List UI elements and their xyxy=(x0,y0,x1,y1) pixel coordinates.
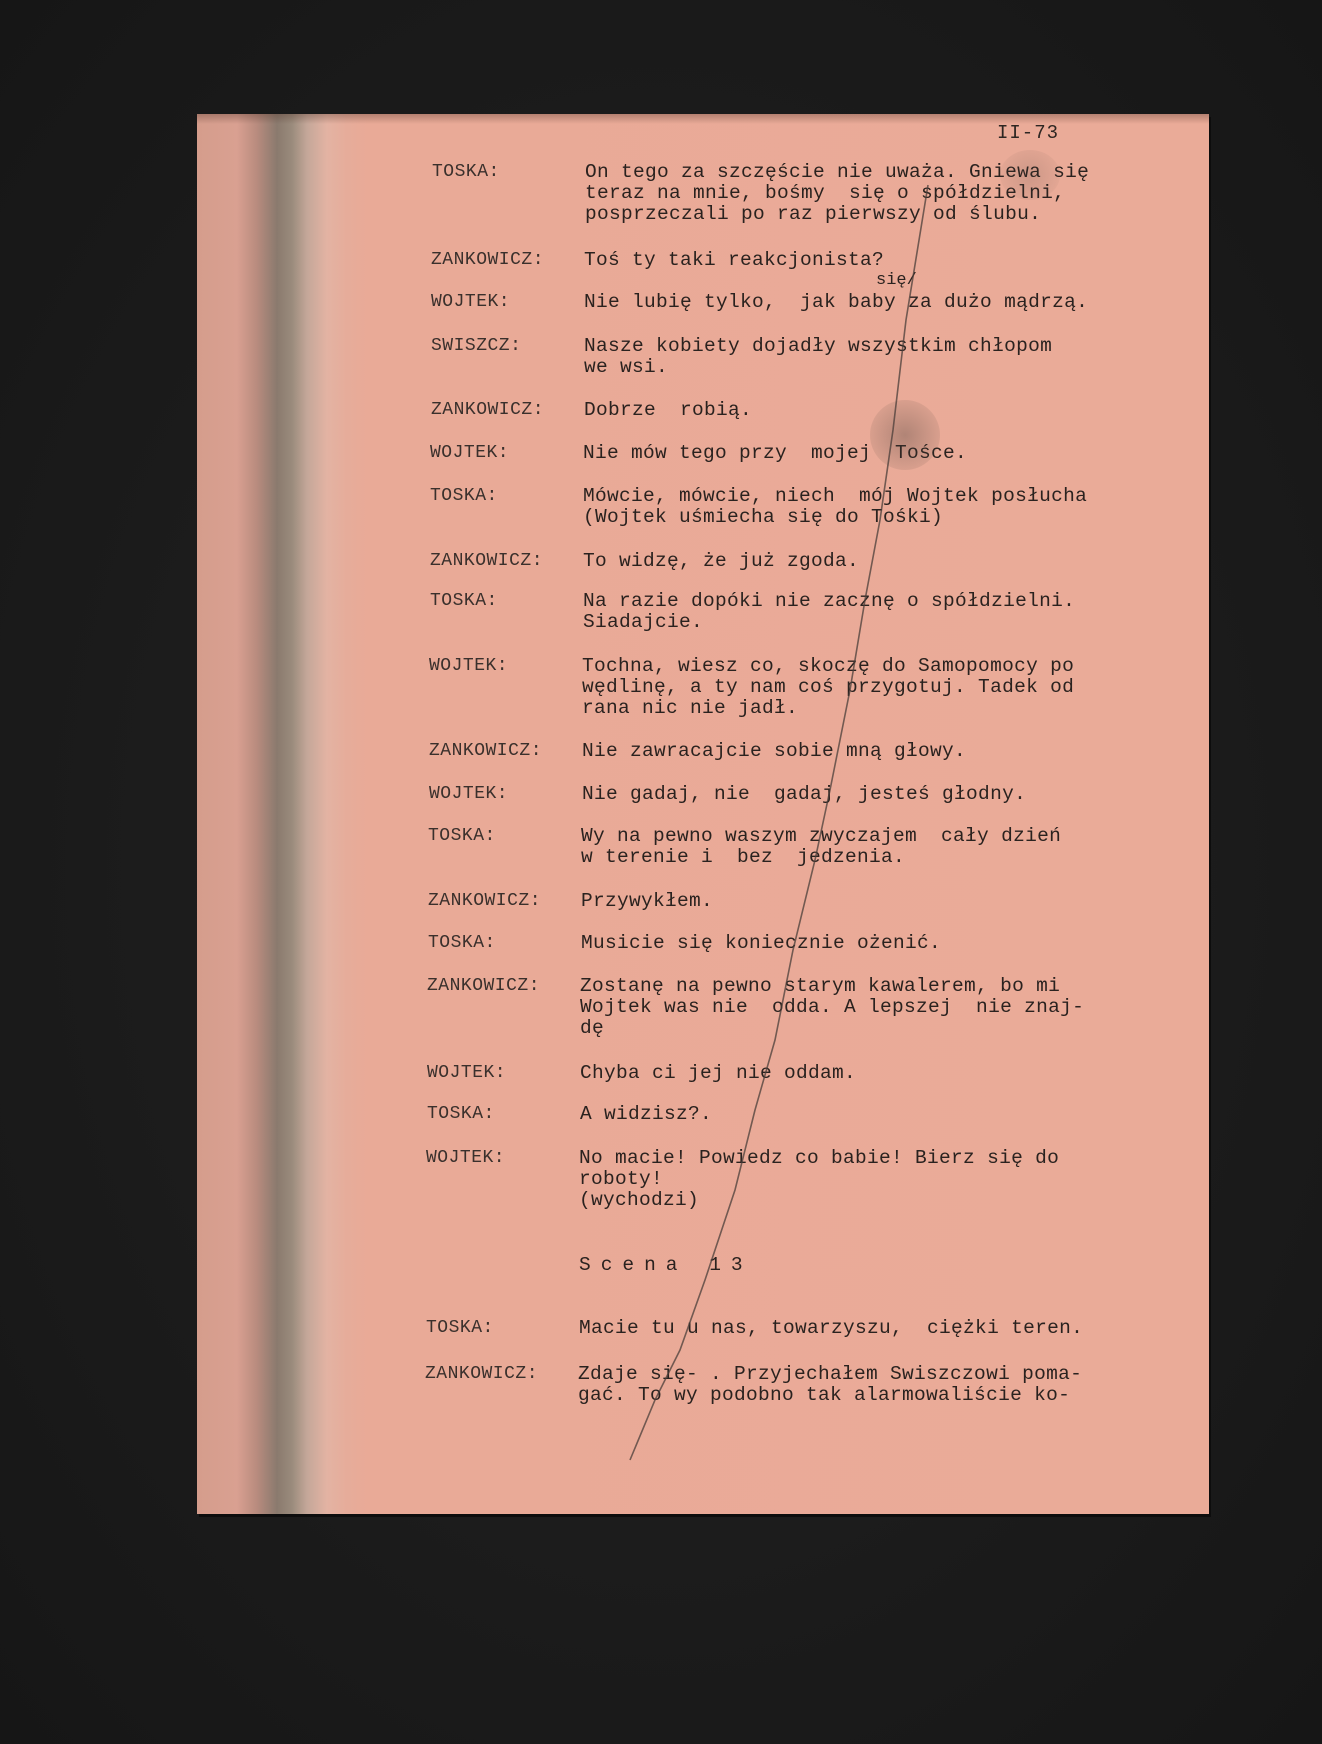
dialogue-line: Na razie dopóki nie zacznę o spółdzielni… xyxy=(583,591,1075,612)
speaker-label: WOJTEK: xyxy=(429,784,508,805)
dialogue-line: Przywykłem. xyxy=(581,891,713,912)
speaker-label: SWISZCZ: xyxy=(431,336,521,357)
dialogue-line: Zostanę na pewno starym kawalerem, bo mi xyxy=(580,976,1060,997)
dialogue-line: Siadajcie. xyxy=(583,612,703,633)
dialogue-line: teraz na mnie, bośmy się o spółdzielni, xyxy=(585,183,1065,204)
speaker-label: WOJTEK: xyxy=(427,1063,506,1084)
speaker-label: ZANKOWICZ: xyxy=(429,741,542,762)
handwritten-annotation: się/ xyxy=(876,271,917,290)
dialogue-line: Wojtek was nie odda. A lepszej nie znaj- xyxy=(580,997,1084,1018)
dialogue-line: Macie tu u nas, towarzyszu, ciężki teren… xyxy=(579,1318,1083,1339)
dialogue-line: Nie zawracajcie sobie mną głowy. xyxy=(582,741,966,762)
ink-smudge xyxy=(1000,150,1060,200)
speaker-label: ZANKOWICZ: xyxy=(427,976,540,997)
speaker-label: TOSKA: xyxy=(428,933,496,954)
dialogue-line: rana nic nie jadł. xyxy=(582,698,798,719)
dialogue-line: To widzę, że już zgoda. xyxy=(583,551,859,572)
dialogue-line: Nie lubię tylko, jak baby za dużo mądrzą… xyxy=(584,292,1088,313)
speaker-label: TOSKA: xyxy=(430,591,498,612)
speaker-label: WOJTEK: xyxy=(426,1148,505,1169)
dialogue-line: gać. To wy podobno tak alarmowaliście ko… xyxy=(578,1385,1070,1406)
speaker-label: TOSKA: xyxy=(430,486,498,507)
speaker-label: WOJTEK: xyxy=(430,443,509,464)
dialogue-line: Chyba ci jej nie oddam. xyxy=(580,1063,856,1084)
speaker-label: ZANKOWICZ: xyxy=(430,551,543,572)
scene-heading: Scena 13 xyxy=(579,1254,753,1276)
dialogue-line: posprzeczali po raz pierwszy od ślubu. xyxy=(585,204,1041,225)
dialogue-line: Tochna, wiesz co, skoczę do Samopomocy p… xyxy=(582,656,1074,677)
speaker-label: TOSKA: xyxy=(427,1104,495,1125)
dialogue-line: w terenie i bez jedzenia. xyxy=(581,847,905,868)
speaker-label: ZANKOWICZ: xyxy=(428,891,541,912)
dialogue-line: wędlinę, a ty nam coś przygotuj. Tadek o… xyxy=(582,677,1074,698)
speaker-label: ZANKOWICZ: xyxy=(425,1364,538,1385)
speaker-label: WOJTEK: xyxy=(429,656,508,677)
speaker-label: TOSKA: xyxy=(428,826,496,847)
dialogue-line: Zdaje się- . Przyjechałem Swiszczowi pom… xyxy=(578,1364,1082,1385)
dialogue-line: dę xyxy=(580,1018,604,1039)
dialogue-line: Mówcie, mówcie, niech mój Wojtek posłuch… xyxy=(583,486,1087,507)
speaker-label: WOJTEK: xyxy=(431,292,510,313)
dialogue-line: Wy na pewno waszym zwyczajem cały dzień xyxy=(581,826,1061,847)
dialogue-line: A widzisz?. xyxy=(580,1104,712,1125)
speaker-label: TOSKA: xyxy=(426,1318,494,1339)
speaker-label: TOSKA: xyxy=(432,162,500,183)
speaker-label: ZANKOWICZ: xyxy=(431,250,544,271)
ink-smudge xyxy=(870,400,940,470)
dialogue-line: No macie! Powiedz co babie! Bierz się do xyxy=(579,1148,1059,1169)
page-number: II-73 xyxy=(997,122,1059,144)
dialogue-line: Nie gadaj, nie gadaj, jesteś głodny. xyxy=(582,784,1026,805)
dialogue-line: roboty! xyxy=(579,1169,663,1190)
dialogue-line: Toś ty taki reakcjonista? xyxy=(584,250,884,271)
dialogue-line: Musicie się koniecznie ożenić. xyxy=(581,933,941,954)
dialogue-line: we wsi. xyxy=(584,357,668,378)
dialogue-line: Nasze kobiety dojadły wszystkim chłopom xyxy=(584,336,1052,357)
dialogue-line: Dobrze robią. xyxy=(584,400,752,421)
dialogue-line: (Wojtek uśmiecha się do Tośki) xyxy=(583,507,943,528)
speaker-label: ZANKOWICZ: xyxy=(431,400,544,421)
typescript-page xyxy=(197,114,1209,1514)
dialogue-line: (wychodzi) xyxy=(579,1190,699,1211)
